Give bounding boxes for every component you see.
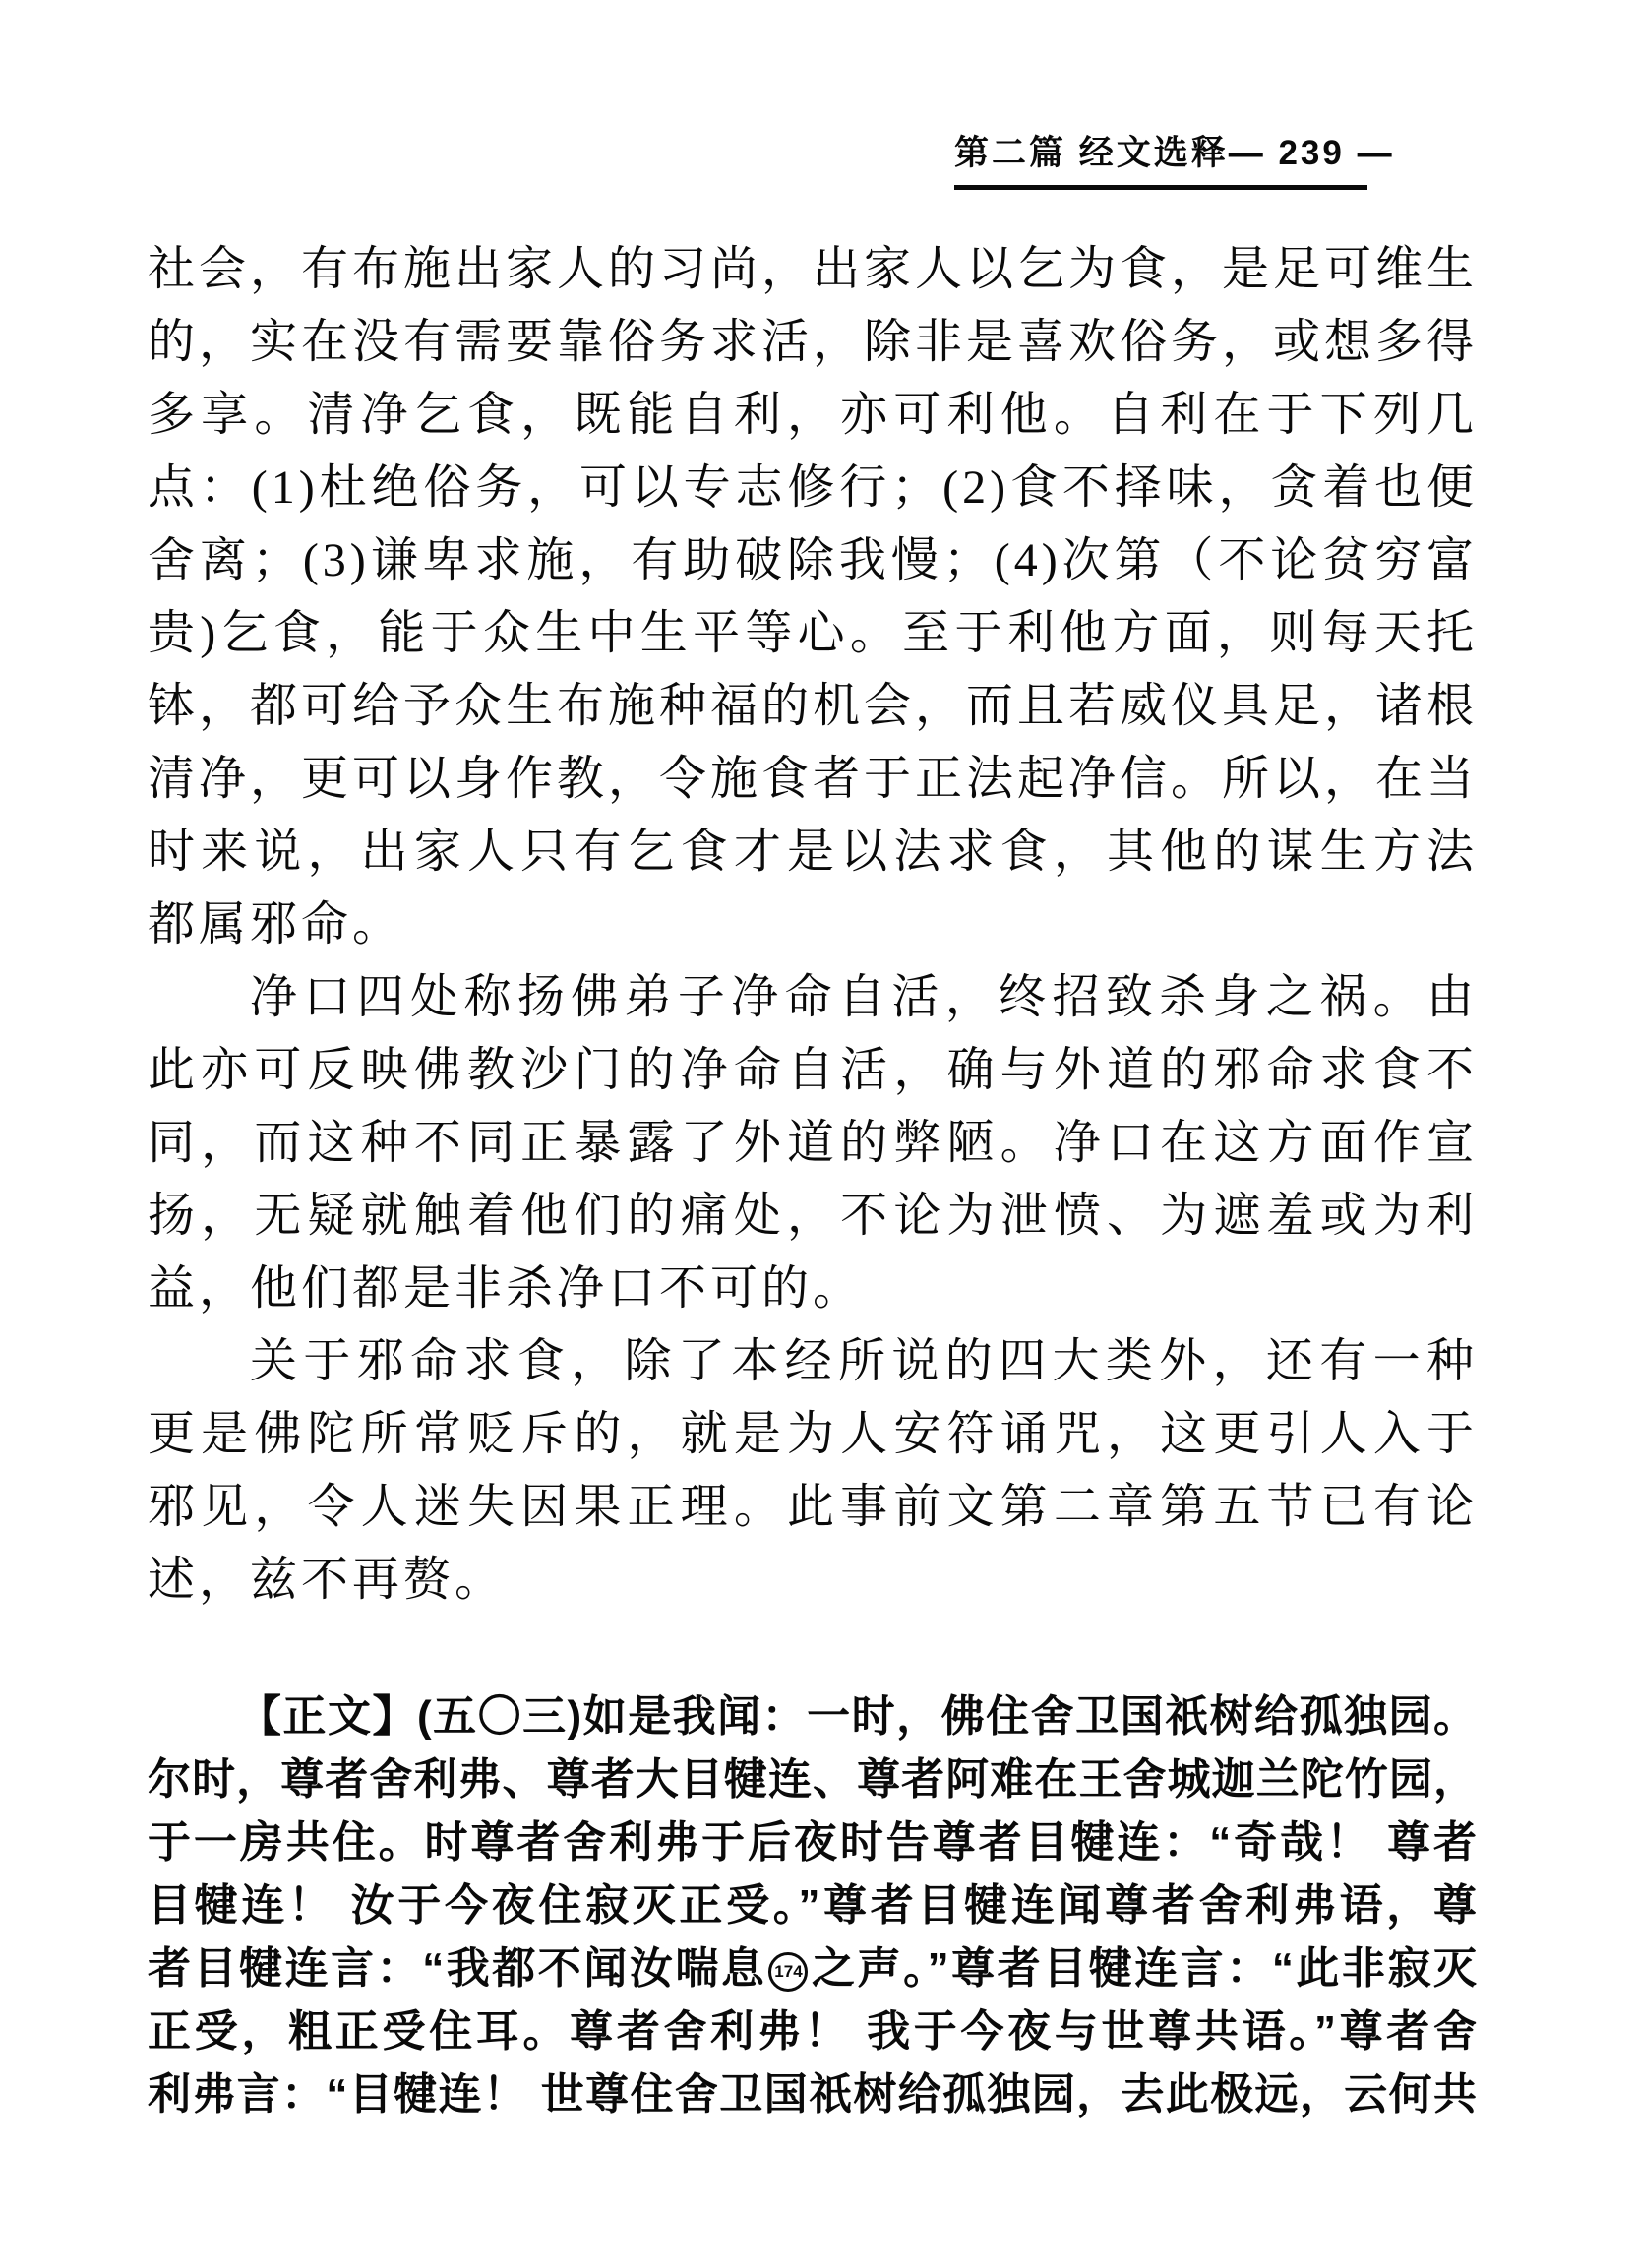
text-line: 【正文】(五〇三)如是我闻：一时，佛住舍卫国祇树给孤独园。 (148, 1686, 1478, 1748)
text-line: 钵，都可给予众生布施种福的机会，而且若威仪具足，诸根 (148, 670, 1478, 743)
text-line: 更是佛陀所常贬斥的，就是为人安符诵咒，这更引人入于 (148, 1398, 1478, 1471)
text-line: 同，而这种不同正暴露了外道的弊陋。净口在这方面作宣 (148, 1107, 1478, 1180)
text-line: 贵)乞食，能于众生中生平等心。至于利他方面，则每天托 (148, 597, 1478, 670)
text-line: 利弗言：“目犍连！ 世尊住舍卫国祇树给孤独园，去此极远，云何共 (148, 2063, 1478, 2126)
text-line: 关于邪命求食，除了本经所说的四大类外，还有一种 (148, 1325, 1478, 1398)
body-paragraph: 净口四处称扬佛弟子净命自活，终招致杀身之祸。由此亦可反映佛教沙门的净命自活，确与… (148, 961, 1478, 1325)
page-number: — 239 — (1229, 134, 1395, 173)
text-line: 扬，无疑就触着他们的痛处，不论为泄愤、为遮羞或为利 (148, 1180, 1478, 1253)
text-line: 点：(1)杜绝俗务，可以专志修行；(2)食不择味，贪着也便 (148, 452, 1478, 524)
text-line: 尔时，尊者舍利弗、尊者大目犍连、尊者阿难在王舍城迦兰陀竹园， (148, 1748, 1478, 1811)
text-line: 益，他们都是非杀净口不可的。 (148, 1253, 1478, 1325)
text-line: 的，实在没有需要靠俗务求活，除非是喜欢俗务，或想多得 (148, 306, 1478, 379)
text-line: 目犍连！ 汝于今夜住寂灭正受。”尊者目犍连闻尊者舍利弗语，尊 (148, 1874, 1478, 1937)
section-title: 第二篇 经文选释 (954, 126, 1229, 175)
text-line: 多享。清净乞食，既能自利，亦可利他。自利在于下列几 (148, 379, 1478, 452)
text-line: 此亦可反映佛教沙门的净命自活，确与外道的邪命求食不 (148, 1034, 1478, 1107)
running-header: 第二篇 经文选释 — 239 — (954, 126, 1367, 190)
text-line: 者目犍连言：“我都不闻汝喘息174之声。”尊者目犍连言：“此非寂灭 (148, 1937, 1478, 2000)
scripture-paragraph: 【正文】(五〇三)如是我闻：一时，佛住舍卫国祇树给孤独园。尔时，尊者舍利弗、尊者… (148, 1686, 1478, 2126)
body-paragraph: 关于邪命求食，除了本经所说的四大类外，还有一种更是佛陀所常贬斥的，就是为人安符诵… (148, 1325, 1478, 1617)
footnote-marker: 174 (768, 1952, 808, 1992)
text-line: 于一房共住。时尊者舍利弗于后夜时告尊者目犍连：“奇哉！ 尊者 (148, 1811, 1478, 1874)
text-line: 述，兹不再赘。 (148, 1544, 1478, 1617)
text-line: 清净，更可以身作教，令施食者于正法起净信。所以，在当 (148, 743, 1478, 816)
text-line: 都属邪命。 (148, 889, 1478, 961)
text-line: 时来说，出家人只有乞食才是以法求食，其他的谋生方法 (148, 816, 1478, 889)
text-line: 舍离；(3)谦卑求施，有助破除我慢；(4)次第（不论贫穷富 (148, 524, 1478, 597)
text-line: 邪见，令人迷失因果正理。此事前文第二章第五节已有论 (148, 1471, 1478, 1544)
text-line: 正受，粗正受住耳。尊者舍利弗！ 我于今夜与世尊共语。”尊者舍 (148, 2000, 1478, 2063)
text-line: 净口四处称扬佛弟子净命自活，终招致杀身之祸。由 (148, 961, 1478, 1034)
scanned-page: 第二篇 经文选释 — 239 — 社会，有布施出家人的习尚，出家人以乞为食，是足… (0, 0, 1637, 2268)
text-column: 社会，有布施出家人的习尚，出家人以乞为食，是足可维生的，实在没有需要靠俗务求活，… (148, 233, 1478, 2126)
body-paragraph: 社会，有布施出家人的习尚，出家人以乞为食，是足可维生的，实在没有需要靠俗务求活，… (148, 233, 1478, 961)
text-line: 社会，有布施出家人的习尚，出家人以乞为食，是足可维生 (148, 233, 1478, 306)
